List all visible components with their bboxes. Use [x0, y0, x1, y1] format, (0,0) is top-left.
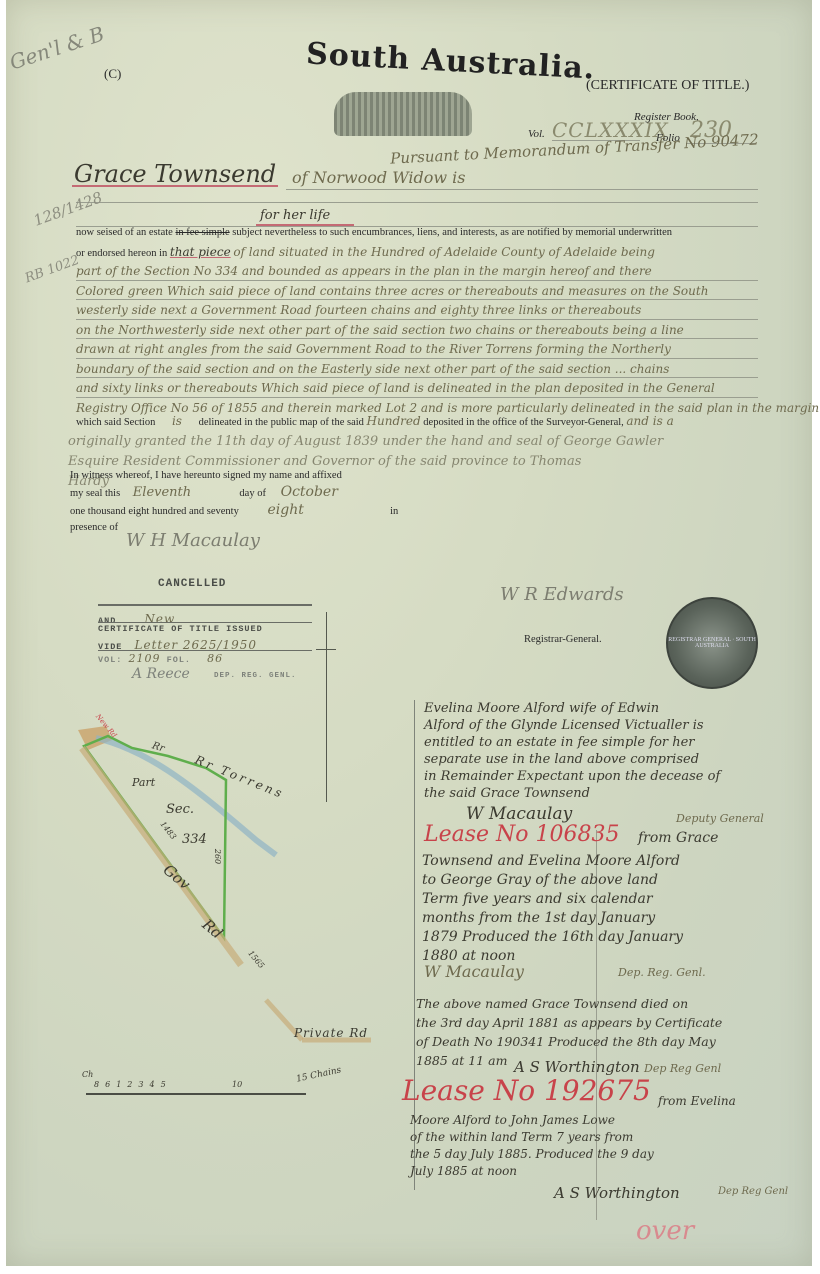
- seised-text-1: now seised of an estate: [76, 227, 173, 238]
- cancelled-stamp-heading: CANCELLED: [158, 578, 226, 590]
- struck-fee-simple: in fee simple: [175, 227, 229, 238]
- witness-block: In witness whereof, I have hereunto sign…: [70, 468, 398, 536]
- cancelled-signature: A Reece: [132, 666, 190, 682]
- plan-sec-number: 334: [182, 832, 207, 847]
- memorial-1-signature: W Macaulay: [466, 804, 572, 824]
- and-is-a-text: and is a: [626, 414, 673, 428]
- vol-label: Vol.: [528, 128, 545, 140]
- section-is-text: is: [158, 414, 196, 428]
- lease-192675-from: from Evelina: [658, 1094, 736, 1108]
- registrar-label: Registrar-General.: [524, 634, 602, 645]
- estate-qualifier: for her life: [260, 208, 330, 223]
- cancelled-cert-issued: CERTIFICATE OF TITLE ISSUED: [98, 624, 263, 634]
- memorial-4: Moore Alford to John James Lowe of the w…: [410, 1112, 654, 1180]
- over-note: over: [636, 1216, 694, 1246]
- deposited-text: deposited in the office of the Surveyor-…: [423, 417, 623, 428]
- memorial-1: Evelina Moore Alford wife of Edwin Alfor…: [424, 700, 720, 802]
- plan-private-road: Private Rd: [294, 1026, 368, 1040]
- plan-measure-right: 260: [213, 849, 222, 864]
- witness-year: eight: [241, 502, 387, 518]
- margin-note-left-1: 128/1428: [31, 188, 105, 229]
- certificate-page: Gen'l & B (C) South Australia. (CERTIFIC…: [6, 0, 812, 1266]
- memorial-2: Townsend and Evelina Moore Alford to Geo…: [422, 852, 683, 966]
- registrar-signature: W R Edwards: [500, 584, 624, 605]
- endorsed-text: or endorsed hereon in: [76, 248, 167, 259]
- land-location-text: of land situated in the Hundred of Adela…: [233, 245, 655, 259]
- memorial-4-signature: A S Worthington: [554, 1184, 680, 1202]
- document-title: South Australia.: [305, 36, 596, 86]
- lease-106835-from: from Grace: [638, 830, 718, 846]
- memorial-1-title: Deputy General: [676, 812, 764, 825]
- that-piece-text: that piece: [170, 245, 231, 259]
- registrar-seal-icon: REGISTRAR GENERAL · SOUTH AUSTRALIA: [666, 597, 758, 689]
- witness-day: Eleventh: [123, 485, 237, 501]
- scale-bar: [86, 1093, 306, 1095]
- scale-ticks: 8612345: [94, 1080, 172, 1089]
- plan-part-label: Part: [132, 776, 155, 789]
- scale-tick-10: 10: [232, 1080, 242, 1089]
- witness-month: October: [269, 484, 338, 500]
- hundred-text: Hundred: [367, 414, 421, 428]
- memorial-2-title: Dep. Reg. Genl.: [618, 966, 706, 979]
- proprietor-name: Grace Townsend: [74, 160, 276, 188]
- memorial-3-title: Dep Reg Genl: [644, 1062, 721, 1075]
- memorial-2-signature: W Macaulay: [424, 962, 524, 981]
- proprietor-description: of Norwood Widow is: [292, 168, 465, 187]
- lease-106835-heading: Lease No 106835: [424, 822, 620, 847]
- margin-note-top: Gen'l & B: [7, 21, 107, 74]
- memorial-4-title: Dep Reg Genl: [718, 1186, 788, 1197]
- plan-sec-label: Sec.: [166, 802, 194, 817]
- scale-label: 15 Chains: [295, 1065, 342, 1084]
- delineated-text: delineated in the public map of the said: [199, 417, 364, 428]
- which-section-text: which said Section: [76, 417, 155, 428]
- document-subtitle: (CERTIFICATE OF TITLE.): [586, 78, 749, 94]
- form-code: (C): [104, 66, 121, 82]
- margin-note-left-2: RB 1022: [23, 253, 81, 286]
- scale-unit: Ch: [82, 1070, 93, 1079]
- land-description: part of the Section No 334 and bounded a…: [76, 262, 819, 418]
- cancelled-suffix: DEP. REG. GENL.: [214, 672, 297, 680]
- royal-crest-icon: [334, 92, 472, 136]
- witness-signature: W H Macaulay: [126, 530, 260, 551]
- seised-text-2: subject nevertheless to such encumbrance…: [232, 227, 672, 238]
- north-arrow-icon: [316, 649, 336, 650]
- lease-192675-heading: Lease No 192675: [402, 1074, 651, 1107]
